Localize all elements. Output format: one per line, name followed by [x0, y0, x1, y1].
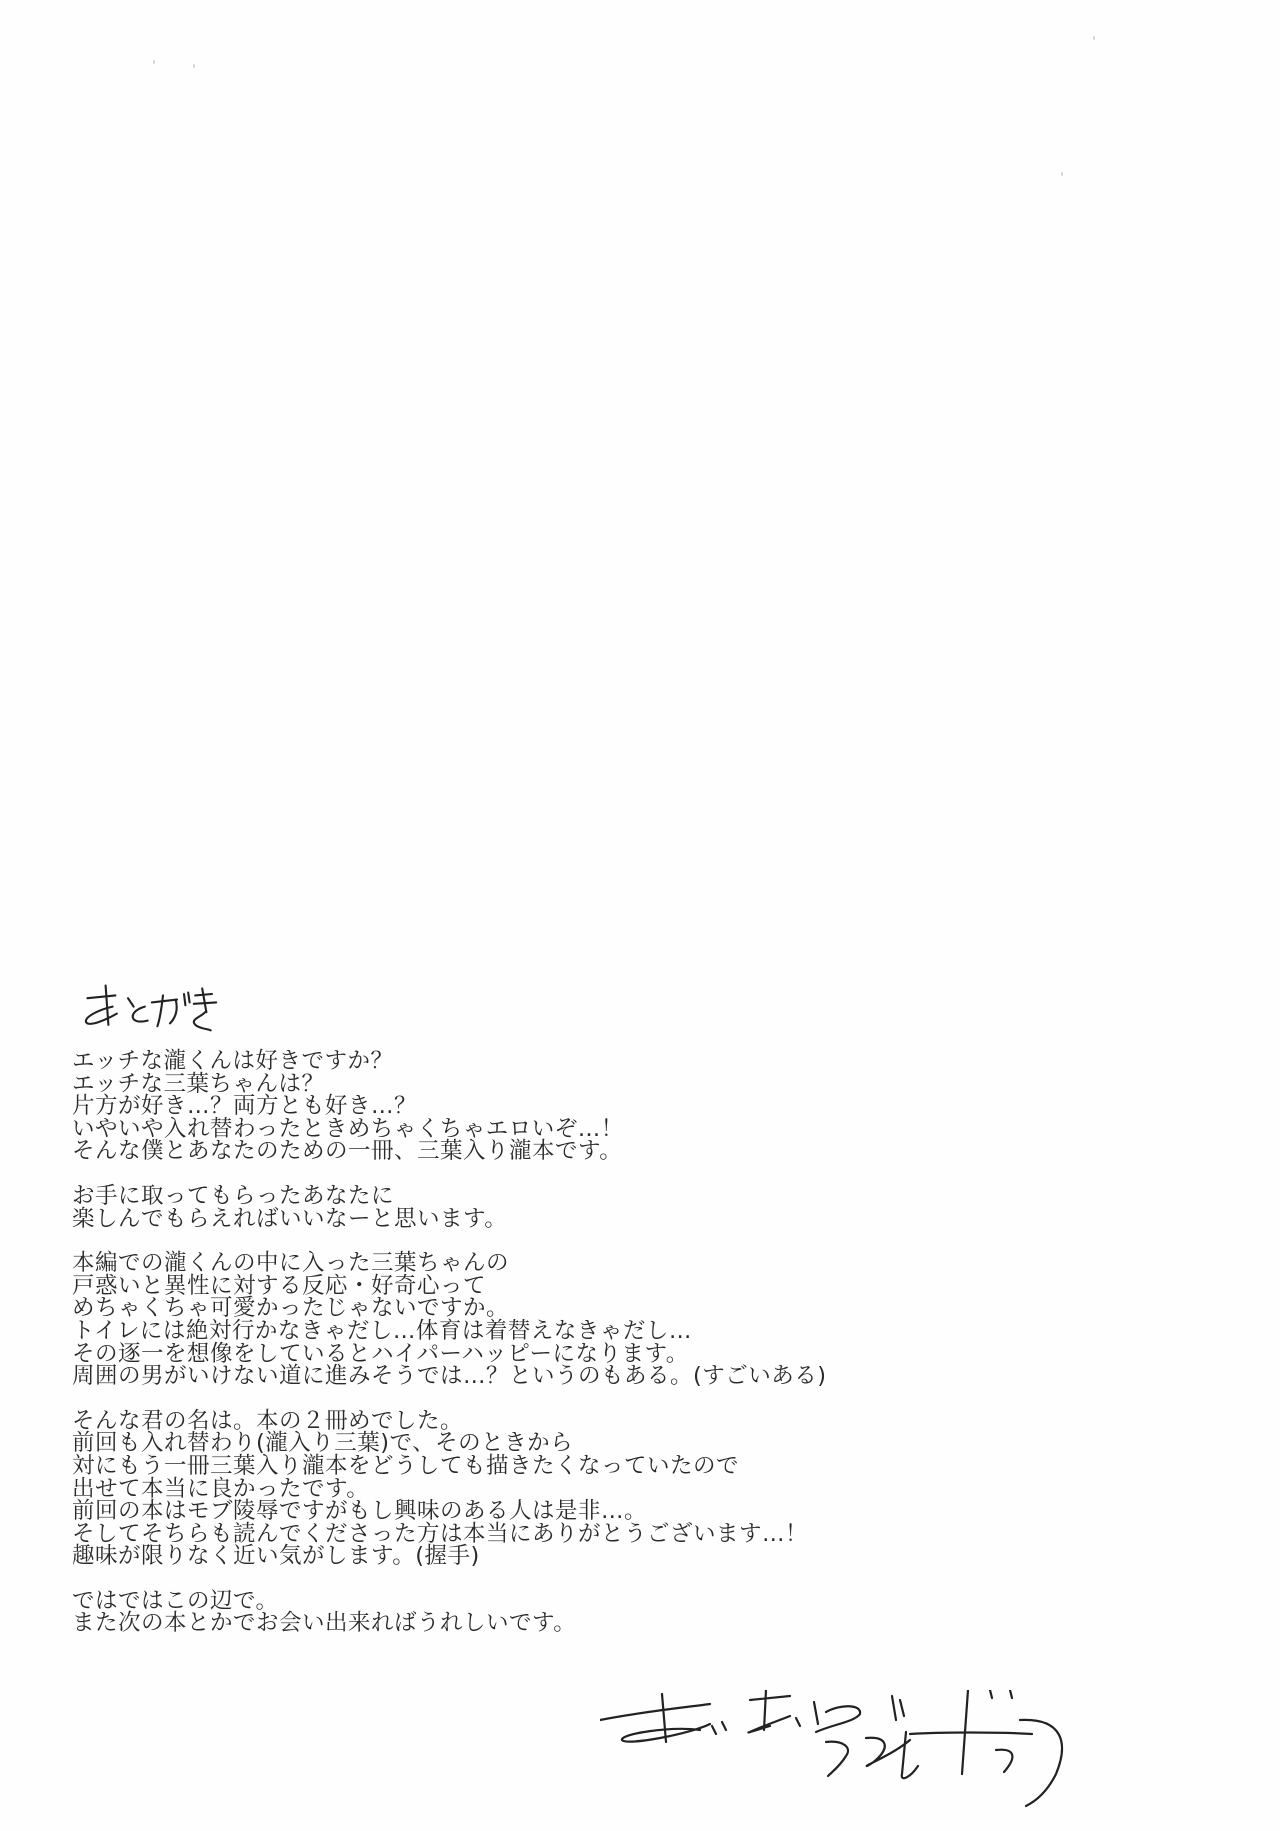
text-line: 対にもう一冊三葉入り瀧本をどうしても描きたくなっていたので: [72, 1455, 1172, 1478]
text-line: 戸惑いと異性に対する反応・好奇心って: [72, 1275, 1172, 1298]
text-line: 出せて本当に良かったです。: [72, 1478, 1172, 1501]
author-signature: [600, 1690, 1100, 1830]
text-line: その逐一を想像をしているとハイパーハッピーになります。: [72, 1343, 1172, 1366]
scan-speck: [193, 64, 195, 68]
paragraph-5: ではではこの辺で。 また次の本とかでお会い出来ればうれしいです。: [72, 1590, 1172, 1635]
text-line: エッチな三葉ちゃんは？: [72, 1073, 1172, 1096]
paragraph-3: 本編での瀧くんの中に入った三葉ちゃんの 戸惑いと異性に対する反応・好奇心って め…: [72, 1252, 1172, 1388]
text-line: そしてそちらも読んでくださった方は本当にありがとうございます…！: [72, 1523, 1172, 1546]
text-line: そんな僕とあなたのための一冊、三葉入り瀧本です。: [72, 1140, 1172, 1163]
afterword-heading: あとがき: [72, 968, 282, 1048]
signature-icon: [600, 1690, 1100, 1830]
text-line: ではではこの辺で。: [72, 1590, 1172, 1613]
handwritten-heading-icon: [72, 968, 282, 1048]
text-line: 楽しんでもらえればいいなーと思います。: [72, 1208, 1172, 1231]
text-line: 片方が好き…？両方とも好き…？: [72, 1095, 1172, 1118]
text-line: 前回も入れ替わり(瀧入り三葉)で、そのときから: [72, 1432, 1172, 1455]
text-line: エッチな瀧くんは好きですか？: [72, 1050, 1172, 1073]
text-line: いやいや入れ替わったときめちゃくちゃエロいぞ…！: [72, 1118, 1172, 1141]
scan-speck: [153, 60, 155, 64]
paragraph-2: お手に取ってもらったあなたに 楽しんでもらえればいいなーと思います。: [72, 1185, 1172, 1230]
text-line: 周囲の男がいけない道に進みそうでは…？というのもある。(すごいある): [72, 1365, 1172, 1388]
paragraph-4: そんな君の名は。本の２冊めでした。 前回も入れ替わり(瀧入り三葉)で、そのときか…: [72, 1410, 1172, 1568]
text-line: 前回の本はモブ陵辱ですがもし興味のある人は是非…。: [72, 1500, 1172, 1523]
text-line: トイレには絶対行かなきゃだし…体育は着替えなきゃだし…: [72, 1320, 1172, 1343]
text-line: そんな君の名は。本の２冊めでした。: [72, 1410, 1172, 1433]
afterword-body: エッチな瀧くんは好きですか？ エッチな三葉ちゃんは？ 片方が好き…？両方とも好き…: [72, 1050, 1172, 1657]
text-line: また次の本とかでお会い出来ればうれしいです。: [72, 1612, 1172, 1635]
scan-speck: [1061, 172, 1063, 176]
scan-speck: [1093, 36, 1095, 40]
book-page: あとがき: [0, 0, 1280, 1831]
text-line: お手に取ってもらったあなたに: [72, 1185, 1172, 1208]
text-line: めちゃくちゃ可愛かったじゃないですか。: [72, 1297, 1172, 1320]
paragraph-1: エッチな瀧くんは好きですか？ エッチな三葉ちゃんは？ 片方が好き…？両方とも好き…: [72, 1050, 1172, 1163]
text-line: 趣味が限りなく近い気がします。(握手): [72, 1545, 1172, 1568]
text-line: 本編での瀧くんの中に入った三葉ちゃんの: [72, 1252, 1172, 1275]
